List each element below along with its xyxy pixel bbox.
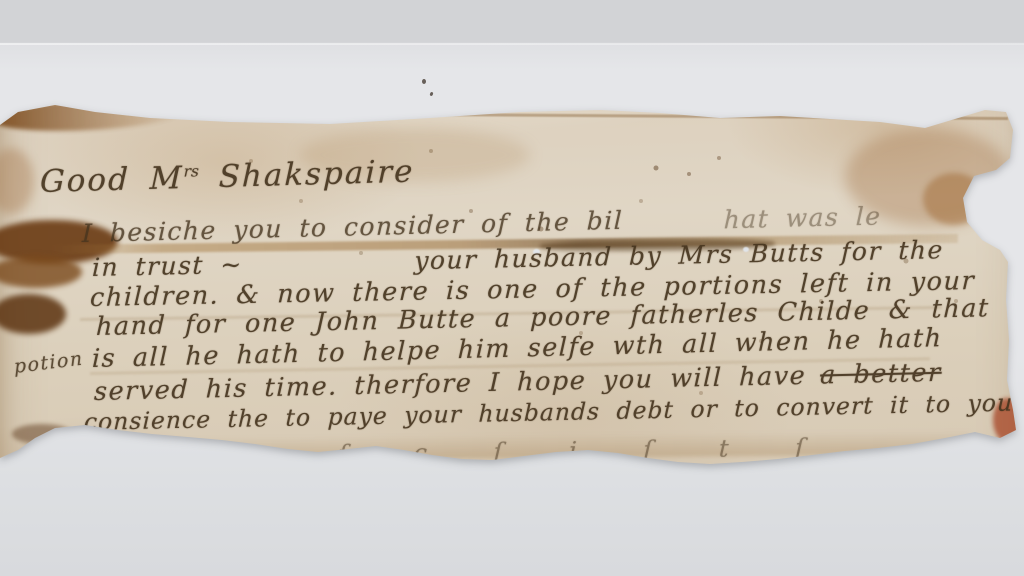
torn-edge-fragments: ſ c ſ i ſ t ſ [337,433,830,468]
stain-left-c [0,294,66,334]
manuscript-photo: Good Mrs Shakspaire I besiche you to con… [0,0,1024,576]
heading-line: Good Mrs Shakspaire [40,154,415,200]
body-line-6-struck-words: a better [820,358,942,391]
foxing-speckles [0,0,2,2]
heading-prefix: Good M [40,160,184,200]
body-line-1-faded-tail: hat was le [723,201,882,234]
stain-top-left [0,95,188,135]
margin-note: potion [13,347,84,378]
stain-left-b [0,256,82,288]
paper-strip: Good Mrs Shakspaire I besiche you to con… [0,0,1024,576]
heading-superscript: rs [183,162,199,180]
heading-rest: Shakspaire [198,154,414,196]
paper-top-edge [140,111,1008,120]
stain-left-upper [0,148,34,214]
stain-left-d [12,424,72,444]
paper-shadow: Good Mrs Shakspaire I besiche you to con… [0,0,1024,576]
body-line-2-lead: in trust ~ [92,250,244,282]
